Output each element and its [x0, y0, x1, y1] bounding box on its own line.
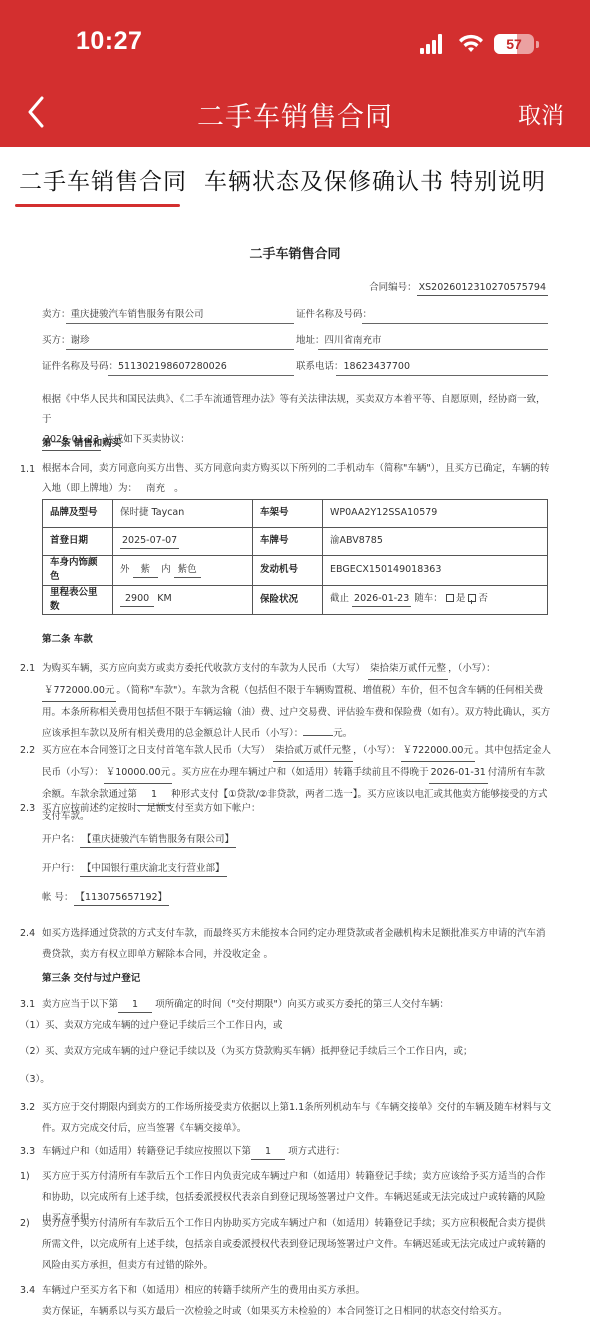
insurance-no-label: 否: [478, 593, 488, 604]
insurance-yes-label: 是: [456, 593, 466, 604]
clause-3-3: 车辆过户和（如适用）转籍登记手续应按照以下第1 项方式进行：: [42, 1145, 345, 1160]
seller-underline: [66, 323, 294, 324]
seller-id-row: 证件名称及号码：: [296, 308, 372, 322]
bank-row: 开户行：【中国银行重庆渝北支行营业部】: [42, 862, 227, 877]
plate-label: 车牌号: [253, 528, 323, 556]
interior-prefix: 内: [161, 564, 171, 575]
seller-id-underline: [362, 323, 548, 324]
price-uppercase: 柒拾柒万贰仟元整: [368, 658, 448, 680]
insurance-date: 2026-01-23: [352, 592, 411, 607]
seller-value: 重庆捷骏汽车销售服务有限公司: [71, 309, 204, 320]
account-name-value: 【重庆捷骏汽车销售服务有限公司】: [80, 833, 236, 848]
insurance-no-checkbox[interactable]: [468, 594, 476, 602]
insurance-yes-checkbox[interactable]: [446, 594, 454, 602]
clause-text: 。（简称"车款"）。车款为含税（包括但不限于车辆购置税、增值税）车价，但不包含车…: [42, 685, 550, 739]
mileage-value: 2900: [120, 592, 154, 607]
tab-bar: 二手车销售合同 车辆状态及保修确认书 特别说明: [0, 147, 590, 209]
clause-text: 。: [174, 483, 184, 494]
clause-3-2: 买方应于交付期限内到卖方的工作场所接受卖方依据以上第1.1条所列机动车与《车辆交…: [42, 1097, 552, 1139]
buyer-row: 买方：谢珍: [42, 334, 90, 348]
plate-value: 渝ABV8785: [323, 528, 548, 556]
clause-text: 项方式进行：: [288, 1146, 345, 1157]
delivery-option-2: （2）买、卖双方完成车辆的过户登记手续以及（为买方贷款购买车辆）抵押登记手续后三…: [20, 1045, 473, 1059]
status-icons: 57: [420, 33, 539, 55]
phone-underline: [336, 375, 548, 376]
clause-2-3: 买方应按前述约定按时、足额支付至卖方如下帐户：: [42, 802, 261, 816]
clause-number: 2.2: [20, 744, 35, 758]
app-header: 10:27 57 二手车销售合同 取消: [0, 0, 590, 147]
contract-number: XS2026012310270575794: [417, 281, 548, 296]
mileage-label: 里程表公里数: [43, 585, 113, 615]
account-number-row: 帐 号：【113075657192】: [42, 891, 169, 906]
insurance-prefix: 截止: [330, 593, 349, 604]
seller-id-label: 证件名称及号码：: [296, 309, 372, 320]
delivery-option-3: （3）。: [20, 1073, 50, 1087]
buyer-value: 谢珍: [71, 335, 90, 346]
insurance-cell: 截止 2026-01-23 随车：是否: [323, 585, 548, 615]
clause-text: 为购买车辆，买方应向卖方或卖方委托代收款方支付的车款为人民币（大写）: [42, 663, 365, 674]
clause-number: 2.4: [20, 927, 35, 941]
address-underline: [318, 349, 548, 350]
phone-label: 联系电话：: [296, 361, 344, 372]
vin-value: WP0AA2Y12SSA10579: [323, 500, 548, 528]
page-title: 二手车销售合同: [0, 95, 590, 134]
vehicle-info-table: 品牌及型号 保时捷 Taycan 车架号 WP0AA2Y12SSA10579 首…: [42, 499, 548, 615]
tab-special-notes[interactable]: 特别说明: [450, 163, 546, 196]
seller-row: 卖方：重庆捷骏汽车销售服务有限公司: [42, 308, 204, 322]
mileage-cell: 2900 KM: [113, 585, 253, 615]
destination-city: 南充: [140, 479, 171, 500]
clause-number: 1): [20, 1170, 30, 1184]
battery-level: 57: [494, 36, 534, 52]
intro-text: 根据《中华人民共和国民法典》、《二手车流通管理办法》等有关法律法规，买卖双方本着…: [42, 394, 546, 425]
color-cell: 外 紫 内 紫色: [113, 556, 253, 586]
clause-number: 2.1: [20, 662, 35, 676]
first-payment-uppercase: 柒拾贰万贰仟元整: [273, 740, 353, 762]
bank-value: 【中国银行重庆渝北支行营业部】: [80, 862, 227, 877]
tab-sales-contract[interactable]: 二手车销售合同: [19, 163, 187, 196]
mileage-unit: KM: [157, 593, 171, 604]
color-label: 车身内饰颜色: [43, 556, 113, 586]
clause-number: 2): [20, 1217, 30, 1231]
exterior-color: 紫: [133, 563, 159, 578]
buyer-label: 买方：: [42, 335, 71, 346]
clause-text: 项所确定的时间（"交付期限"）向买方或买方委托的第三人交付车辆：: [155, 999, 449, 1010]
address-row: 地址：四川省南充市: [296, 334, 382, 348]
first-payment-amount: ￥722000.00元: [401, 740, 475, 762]
clause-number: 2.3: [20, 802, 35, 816]
clause-2-4: 如买方选择通过贷款的方式支付车款，而最终买方未能按本合同约定办理贷款或者金融机构…: [42, 923, 552, 965]
total-amount: [303, 735, 333, 736]
contract-number-row: 合同编号：XS2026012310270575794: [369, 281, 548, 296]
cancel-button[interactable]: 取消: [518, 97, 564, 130]
transfer-option: 1: [251, 1145, 285, 1160]
payment-deadline: 2026-01-31: [429, 762, 488, 784]
section-2-title: 第二条 车款: [42, 633, 93, 647]
engine-label: 发动机号: [253, 556, 323, 586]
clause-text: ，（小写）：: [353, 745, 401, 756]
seller-label: 卖方：: [42, 309, 71, 320]
account-name-label: 开户名：: [42, 834, 80, 845]
buyer-id-row: 证件名称及号码：511302198607280026: [42, 360, 227, 374]
insurance-with-car-label: 随车：: [414, 593, 443, 604]
clause-text: 车辆过户和（如适用）转籍登记手续应按照以下第: [42, 1146, 251, 1157]
deposit-amount: ￥10000.00元: [104, 762, 172, 784]
clause-text: 。买方应在办理车辆过户和（如适用）转籍手续前且不得晚于: [172, 767, 429, 778]
bank-label: 开户行：: [42, 863, 80, 874]
clause-number: 3.1: [20, 998, 35, 1012]
interior-color: 紫色: [174, 563, 201, 578]
transfer-option-2: 卖方应于买方付清所有车款后五个工作日内协助买方完成车辆过户和（如适用）转籍登记手…: [42, 1213, 552, 1276]
clause-text: 卖方应当于以下第: [42, 999, 118, 1010]
active-tab-indicator: [15, 204, 180, 207]
battery-icon: 57: [494, 34, 534, 54]
clause-number: 3.2: [20, 1101, 35, 1115]
clause-text: 根据本合同，卖方同意向买方出售、买方同意向卖方购买以下所列的二手机动车（简称"车…: [42, 463, 550, 494]
contract-document: 二手车销售合同 合同编号：XS2026012310270575794 卖方：重庆…: [0, 215, 590, 1280]
price-amount: ￥772000.00元: [42, 680, 116, 702]
cellular-signal-icon: [420, 34, 448, 54]
vin-label: 车架号: [253, 500, 323, 528]
phone-value: 18623437700: [344, 361, 411, 372]
delivery-option-1: （1）买、卖双方完成车辆的过户登记手续后三个工作日内，或: [20, 1019, 283, 1033]
brand-label: 品牌及型号: [43, 500, 113, 528]
battery-tip: [536, 41, 539, 48]
section-3-title: 第三条 交付与过户登记: [42, 972, 140, 986]
clause-2-1: 为购买车辆，买方应向卖方或卖方委托代收款方支付的车款为人民币（大写） 柒拾柒万贰…: [42, 658, 552, 744]
reg-date-cell: 2025-07-07: [113, 528, 253, 556]
reg-date-label: 首登日期: [43, 528, 113, 556]
insurance-label: 保险状况: [253, 585, 323, 615]
buyer-id-underline: [108, 375, 294, 376]
clause-text: ，（小写）：: [448, 663, 496, 674]
clause-number: 1.1: [20, 463, 35, 477]
tab-vehicle-status-warranty[interactable]: 车辆状态及保修确认书: [204, 163, 444, 196]
document-title: 二手车销售合同: [0, 245, 590, 265]
exterior-prefix: 外: [120, 564, 130, 575]
contract-number-label: 合同编号：: [369, 282, 417, 293]
phone-row: 联系电话：18623437700: [296, 360, 410, 374]
status-time: 10:27: [76, 27, 142, 56]
clause-1-1: 根据本合同，卖方同意向买方出售、买方同意向卖方购买以下所列的二手机动车（简称"车…: [42, 459, 552, 500]
brand-value: 保时捷 Taycan: [113, 500, 253, 528]
delivery-option: 1: [118, 998, 152, 1013]
address-label: 地址：: [296, 335, 325, 346]
wifi-icon: [458, 34, 484, 54]
clause-text: 元。: [333, 728, 352, 739]
account-number-label: 帐 号：: [42, 892, 74, 903]
clause-3-1: 卖方应当于以下第1 项所确定的时间（"交付期限"）向买方或买方委托的第三人交付车…: [42, 998, 449, 1013]
account-name-row: 开户名：【重庆捷骏汽车销售服务有限公司】: [42, 833, 236, 848]
engine-value: EBGECX150149018363: [323, 556, 548, 586]
section-1-title: 第一条 销售和购买: [42, 437, 121, 451]
buyer-id-value: 511302198607280026: [118, 361, 227, 372]
reg-date-value: 2025-07-07: [120, 534, 179, 549]
clause-text: 买方应在本合同签订之日支付首笔车款人民币（大写）: [42, 745, 270, 756]
address-value: 四川省南充市: [325, 335, 382, 346]
account-number-value: 【113075657192】: [74, 891, 170, 906]
clause-number: 3.3: [20, 1145, 35, 1159]
buyer-id-label: 证件名称及号码：: [42, 361, 118, 372]
buyer-underline: [66, 349, 294, 350]
